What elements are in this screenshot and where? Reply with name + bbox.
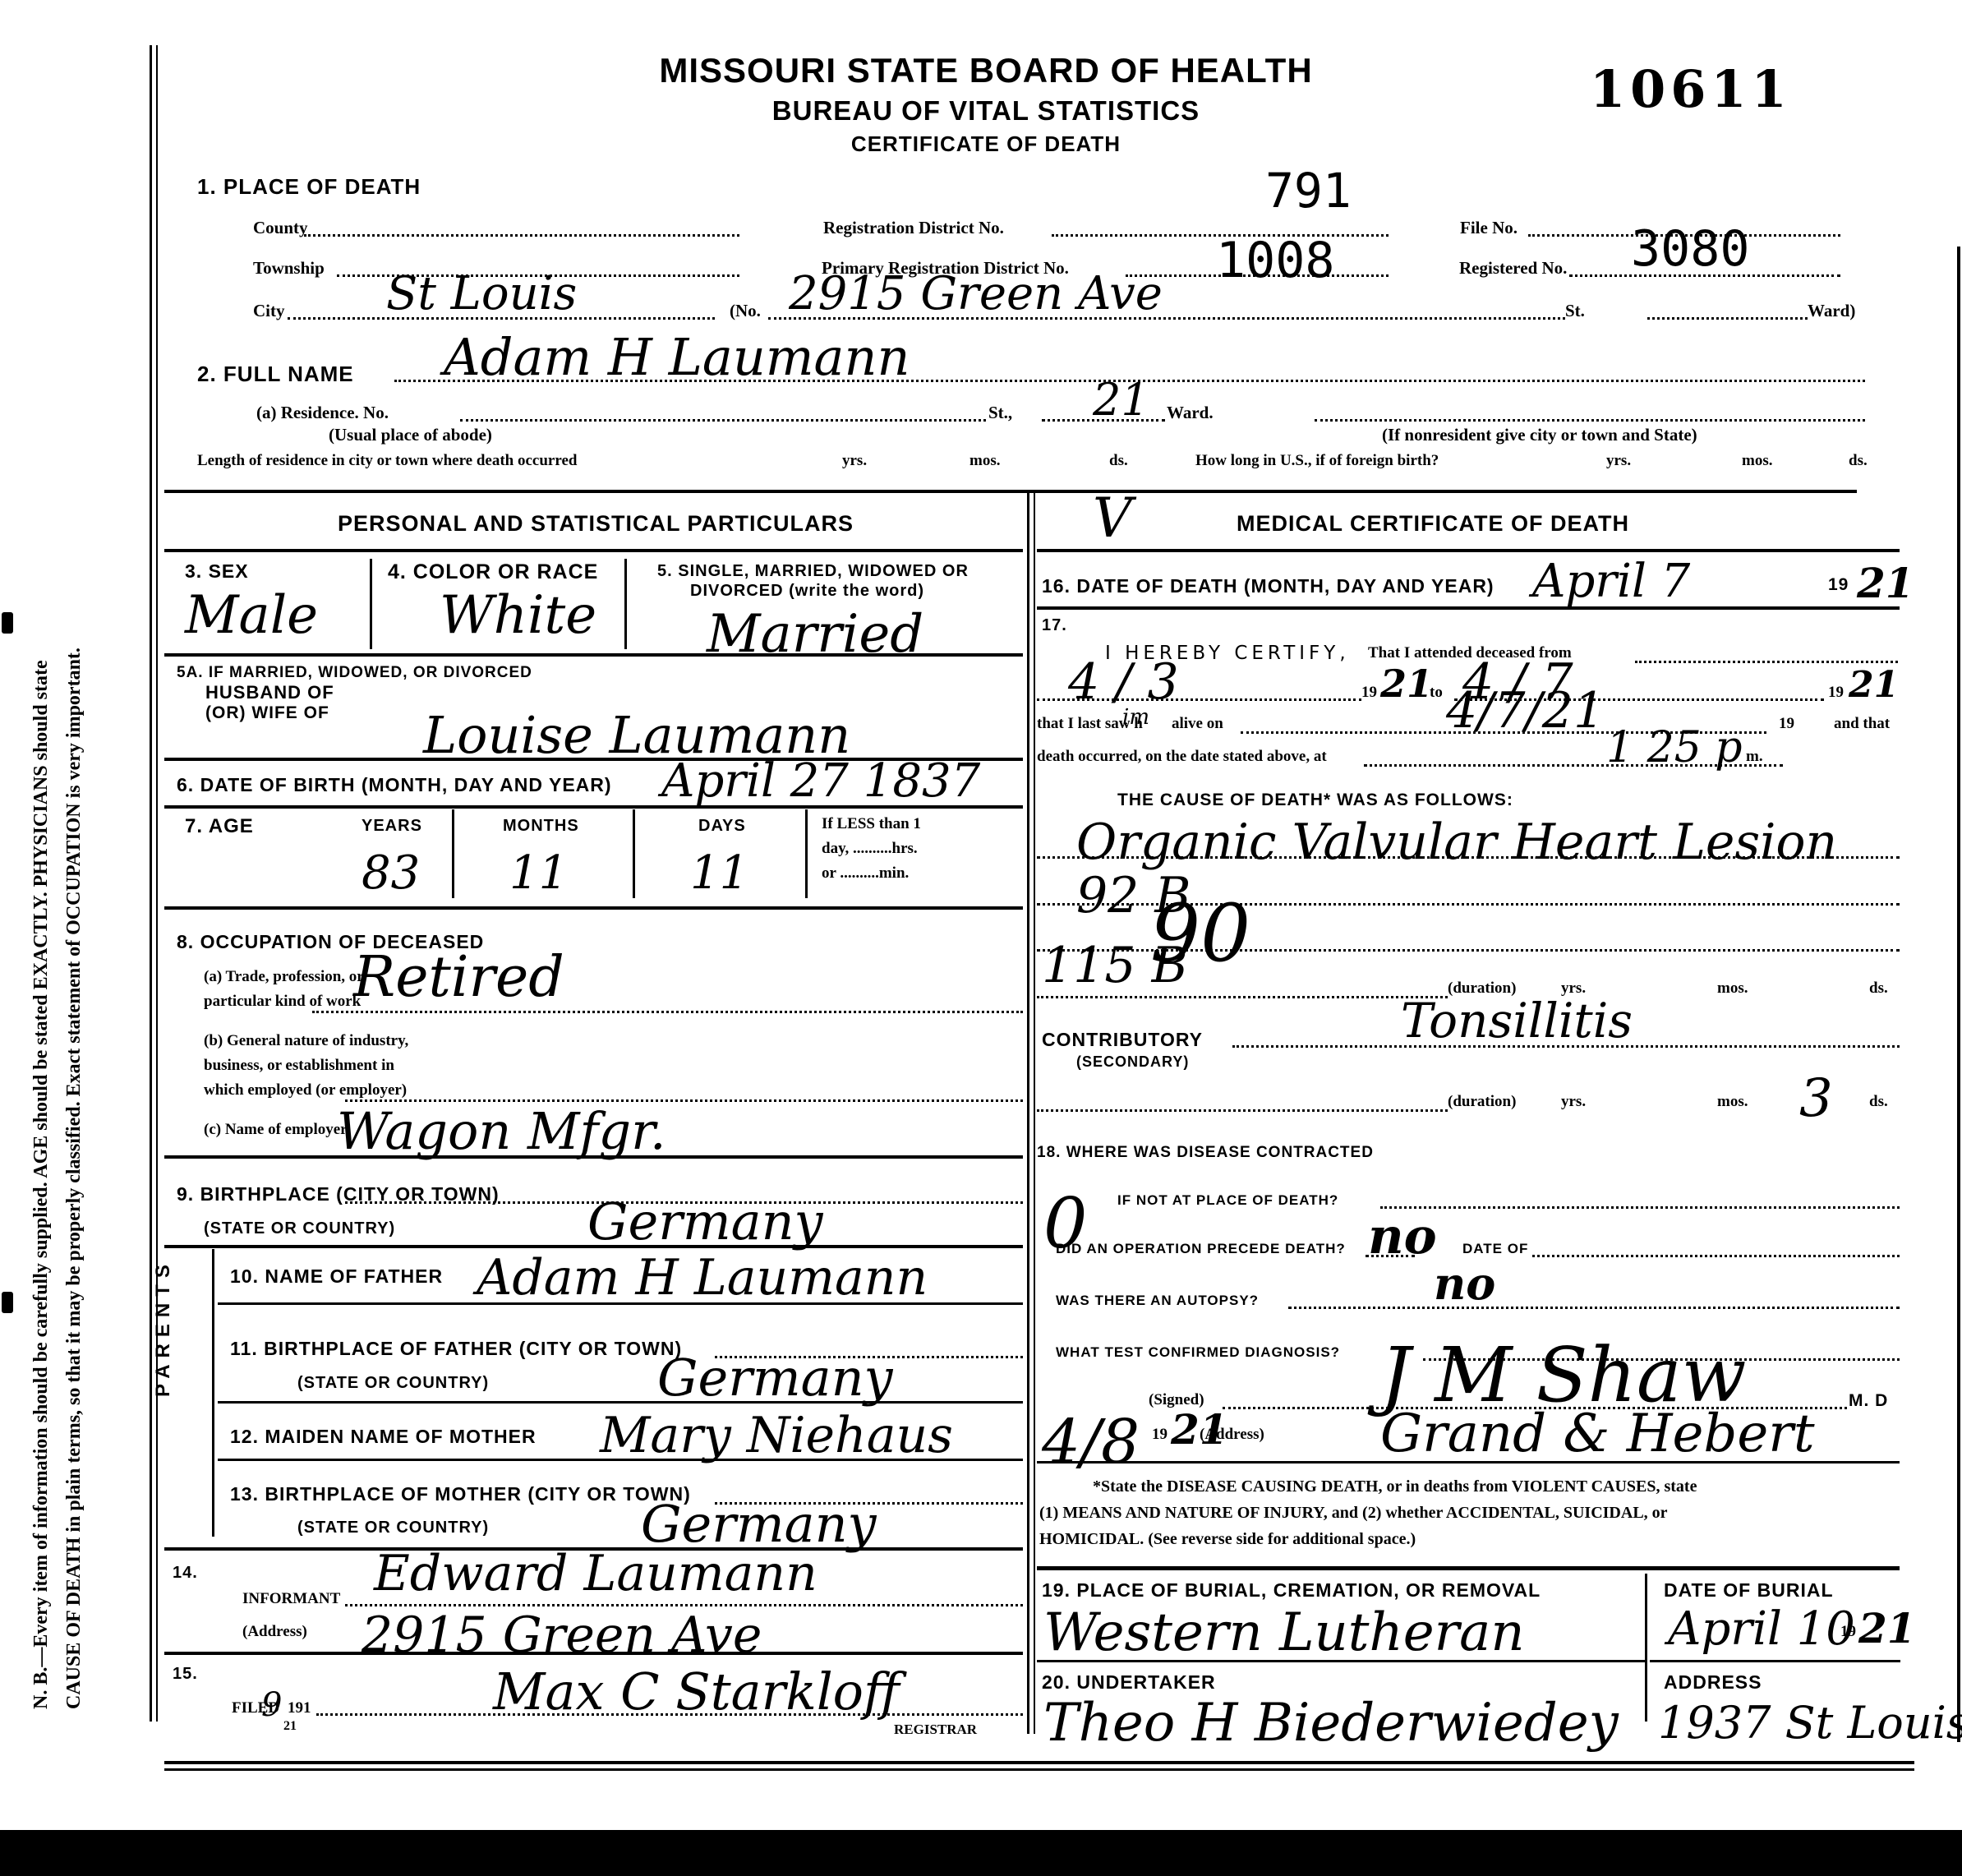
length-ds: ds. [1109, 452, 1128, 470]
contributory-duration-value[interactable]: 3 [1799, 1068, 1833, 1129]
autopsy-value[interactable]: no [1434, 1257, 1495, 1310]
how-long-us-label: How long in U.S., if of foreign birth? [1195, 452, 1439, 470]
divider [164, 805, 1023, 809]
burial-year[interactable]: 21 [1858, 1604, 1916, 1652]
footnote-2: (1) MEANS AND NATURE OF INJURY, and (2) … [1039, 1504, 1668, 1523]
residence-ward-value: 21 [1093, 374, 1149, 426]
burial-place-value[interactable]: Western Lutheran [1043, 1602, 1525, 1663]
form-name: CERTIFICATE OF DEATH [575, 131, 1397, 157]
divider [218, 1459, 1023, 1461]
operation-date-field[interactable] [1532, 1255, 1900, 1257]
column-divider [1027, 493, 1029, 1734]
age-less-label: If LESS than 1 [822, 815, 921, 833]
mother-name-label: 12. MAIDEN NAME OF MOTHER [230, 1426, 537, 1448]
place-of-death-heading: 1. PLACE OF DEATH [197, 174, 421, 200]
md-label: M. D [1849, 1391, 1888, 1411]
employer-value[interactable]: Wagon Mfgr. [337, 1101, 666, 1161]
spouse-label-2: HUSBAND OF [205, 682, 334, 703]
secondary-label: (SECONDARY) [1076, 1053, 1189, 1071]
contributory-mos: mos. [1717, 1093, 1748, 1111]
cause-annotation-2: 115 B [1042, 937, 1188, 994]
st-label: St. [1565, 301, 1585, 321]
marital-label-2: DIVORCED (write the word) [690, 582, 924, 601]
divider [1645, 1574, 1647, 1722]
nonresident-note: (If nonresident give city or town and St… [1382, 425, 1697, 445]
registered-no-label: Registered No. [1459, 258, 1567, 279]
signed-date[interactable]: 4/8 [1042, 1407, 1140, 1477]
divider [218, 1302, 1023, 1305]
county-label: County [253, 218, 308, 238]
filed-number: 15. [173, 1665, 198, 1684]
filed-value[interactable]: 9 [261, 1686, 282, 1724]
age-years-label: YEARS [362, 817, 422, 836]
age-days-label: DAYS [698, 817, 746, 836]
age-hours-label: day, ..........hrs. [822, 840, 918, 858]
informant-number: 14. [173, 1564, 198, 1583]
cause-ds: ds. [1869, 979, 1888, 998]
punch-mark [2, 612, 13, 634]
form-subtitle: BUREAU OF VITAL STATISTICS [575, 95, 1397, 127]
sex-value[interactable]: Male [185, 585, 318, 646]
industry-label: (b) General nature of industry, [204, 1032, 408, 1050]
not-at-place-label: IF NOT AT PLACE OF DEATH? [1117, 1192, 1338, 1209]
street-no-label: (No. [730, 301, 761, 321]
divider [1037, 1566, 1900, 1570]
race-label: 4. COLOR OR RACE [388, 560, 598, 584]
primary-reg-district-value: 1008 [1216, 232, 1335, 289]
undertaker-value[interactable]: Theo H Biederwiedey [1043, 1693, 1619, 1754]
sex-label: 3. SEX [185, 560, 249, 583]
spouse-label: 5A. IF MARRIED, WIDOWED, OR DIVORCED [177, 664, 532, 682]
operation-value[interactable]: no [1368, 1208, 1437, 1265]
residence-ward-label: Ward. [1167, 403, 1214, 423]
burial-year-prefix: 19 [1840, 1623, 1856, 1641]
footnote-1: *State the DISEASE CAUSING DEATH, or in … [1093, 1477, 1697, 1496]
parents-bracket [212, 1249, 214, 1537]
divider [452, 809, 454, 898]
residence-label: (a) Residence. No. [256, 403, 389, 423]
filed-year-prefix: 191 [288, 1699, 311, 1717]
contributory-ds: ds. [1869, 1093, 1888, 1111]
father-state-label: (STATE OR COUNTRY) [297, 1374, 489, 1393]
time-suffix: m. [1746, 748, 1763, 766]
dod-year-prefix: 19 [1828, 575, 1849, 595]
informant-address-label: (Address) [242, 1623, 307, 1641]
alive-on-value[interactable]: 4/7/21 [1446, 682, 1605, 740]
industry-label-2: business, or establishment in [204, 1057, 394, 1075]
test-label: WHAT TEST CONFIRMED DIAGNOSIS? [1056, 1344, 1340, 1361]
bottom-border [164, 1761, 1914, 1764]
divider [164, 1652, 1023, 1655]
birthplace-value[interactable]: Germany [587, 1192, 823, 1251]
burial-place-label: 19. PLACE OF BURIAL, CREMATION, OR REMOV… [1042, 1579, 1541, 1602]
trade-field[interactable] [312, 1011, 1023, 1013]
mother-name-value[interactable]: Mary Niehaus [600, 1407, 953, 1464]
right-border [1957, 247, 1960, 1742]
divider [624, 559, 627, 649]
death-occurred-label: death occurred, on the date stated above… [1037, 748, 1327, 766]
mother-birthplace-label: 13. BIRTHPLACE OF MOTHER (CITY OR TOWN) [230, 1483, 691, 1505]
father-birthplace-label: 11. BIRTHPLACE OF FATHER (CITY OR TOWN) [230, 1338, 682, 1360]
divider [164, 653, 1023, 657]
age-months-value[interactable]: 11 [509, 846, 568, 900]
physician-address[interactable]: Grand & Hebert [1380, 1404, 1815, 1464]
contributory-label: CONTRIBUTORY [1042, 1029, 1203, 1051]
informant-label: INFORMANT [242, 1590, 340, 1608]
cause-duration-field[interactable] [1037, 996, 1448, 998]
dod-value[interactable]: April 7 [1532, 555, 1690, 608]
age-months-label: MONTHS [503, 817, 579, 836]
bottom-border-inner [164, 1768, 1914, 1771]
street-value: 2915 Green Ave [789, 267, 1163, 320]
dod-label: 16. DATE OF DEATH (MONTH, DAY AND YEAR) [1042, 575, 1495, 597]
race-value[interactable]: White [440, 585, 596, 646]
attended-from-year-prefix: 19 [1361, 684, 1377, 702]
divider [1037, 1461, 1900, 1463]
burial-date-value[interactable]: April 10 [1668, 1602, 1855, 1656]
attended-from-value[interactable]: 4 / 3 [1068, 653, 1179, 711]
autopsy-label: WAS THERE AN AUTOPSY? [1056, 1293, 1259, 1309]
address-label: (Address) [1200, 1426, 1264, 1444]
attended-from-field[interactable] [1635, 661, 1898, 663]
spouse-label-3: (OR) WIFE OF [205, 703, 329, 723]
dob-value[interactable]: April 27 1837 [661, 754, 980, 808]
employer-label: (c) Name of employer [204, 1121, 348, 1139]
trade-label: (a) Trade, profession, or [204, 968, 364, 986]
file-no-label: File No. [1460, 218, 1518, 238]
divider [1037, 1660, 1645, 1662]
mother-state-label: (STATE OR COUNTRY) [297, 1519, 489, 1537]
form-title: MISSOURI STATE BOARD OF HEALTH [575, 51, 1397, 90]
attended-to-year[interactable]: 21 [1849, 664, 1899, 706]
age-label: 7. AGE [185, 815, 254, 838]
attended-from-year[interactable]: 21 [1380, 661, 1433, 706]
burial-date-label: DATE OF BURIAL [1664, 1579, 1834, 1602]
city-label: City [253, 301, 285, 321]
left-border-inner [156, 45, 158, 1722]
ward-label: Ward) [1808, 301, 1855, 321]
footnote-3: HOMICIDAL. (See reverse side for additio… [1039, 1530, 1416, 1549]
full-name-label: 2. FULL NAME [197, 362, 354, 387]
divider [370, 559, 372, 649]
operation-label: DID AN OPERATION PRECEDE DEATH? [1056, 1241, 1346, 1257]
certificate-number: 10611 [1590, 59, 1792, 119]
registrar-label: REGISTRAR [894, 1722, 977, 1738]
city-value: St Louis [386, 267, 577, 320]
contracted-label: 18. WHERE WAS DISEASE CONTRACTED [1037, 1144, 1374, 1162]
undertaker-label: 20. UNDERTAKER [1042, 1671, 1216, 1694]
filed-year-suffix: 21 [283, 1719, 297, 1734]
signed-year-prefix: 19 [1152, 1426, 1168, 1444]
registered-no-value: 3080 [1631, 220, 1750, 278]
informant-address-value[interactable]: 2915 Green Ave [362, 1606, 762, 1664]
nonresident-field[interactable] [1315, 419, 1865, 422]
trade-value[interactable]: Retired [353, 945, 564, 1010]
residence-st-label: St., [988, 403, 1012, 423]
alive-on-label: alive on [1172, 715, 1223, 733]
abode-note: (Usual place of abode) [329, 425, 492, 445]
cause-value[interactable]: Organic Valvular Heart Lesion [1076, 814, 1837, 871]
check-mark: V [1093, 486, 1132, 550]
last-saw-him[interactable]: im [1122, 705, 1149, 730]
age-minutes-label: or ..........min. [822, 864, 909, 883]
divider [1650, 1660, 1900, 1662]
personal-heading: PERSONAL AND STATISTICAL PARTICULARS [164, 511, 1027, 537]
side-instructions: N. B.—Every item of information should b… [25, 148, 90, 1709]
section-divider [164, 490, 1857, 493]
length-mos: mos. [969, 452, 1000, 470]
alive-year-prefix: 19 [1779, 715, 1794, 733]
dob-label: 6. DATE OF BIRTH (MONTH, DAY AND YEAR) [177, 774, 612, 796]
us-ds: ds. [1849, 452, 1868, 470]
us-mos: mos. [1742, 452, 1772, 470]
cause-mos: mos. [1717, 979, 1748, 998]
industry-label-3: which employed (or employer) [204, 1081, 407, 1099]
dod-year-value[interactable]: 21 [1857, 559, 1914, 607]
reg-district-value: 791 [1265, 163, 1352, 219]
county-field[interactable] [304, 234, 739, 237]
residence-no-field[interactable] [460, 419, 986, 422]
side-instructions-line2: CAUSE OF DEATH in plain terms, so that i… [58, 148, 90, 1709]
column-divider-inner [1034, 493, 1035, 1734]
father-birthplace-value[interactable]: Germany [657, 1348, 893, 1408]
undertaker-address-label: ADDRESS [1664, 1671, 1762, 1694]
divider [805, 809, 808, 898]
side-instructions-line1: N. B.—Every item of information should b… [25, 148, 58, 1709]
divider [633, 809, 635, 898]
divider [1037, 606, 1900, 610]
township-label: Township [253, 258, 325, 279]
informant-value[interactable]: Edward Laumann [374, 1545, 817, 1602]
death-time-value[interactable]: 1 25 p [1606, 723, 1743, 772]
registrar-signature[interactable]: Max C Starkloff [493, 1662, 900, 1722]
divider [164, 906, 1023, 910]
punch-mark [2, 1292, 13, 1313]
ward-field[interactable] [1647, 317, 1808, 320]
autopsy-field[interactable] [1288, 1307, 1900, 1309]
medical-heading: MEDICAL CERTIFICATE OF DEATH [1237, 511, 1629, 537]
divider [218, 1401, 1023, 1404]
parents-label: PARENTS [152, 1258, 175, 1397]
full-name-value: Adam H Laumann [444, 327, 910, 387]
length-yrs: yrs. [842, 452, 867, 470]
length-residence-label: Length of residence in city or town wher… [197, 452, 577, 470]
cert-number: 17. [1042, 616, 1067, 635]
age-years-value[interactable]: 83 [362, 846, 420, 900]
age-days-value[interactable]: 11 [690, 846, 748, 900]
contributory-duration-label: (duration) [1448, 1093, 1516, 1111]
trade-label-2: particular kind of work [204, 993, 361, 1011]
and-that-label: and that [1834, 715, 1890, 733]
divider [164, 1155, 1023, 1159]
undertaker-address-value[interactable]: 1937 St Louis Av [1658, 1697, 1962, 1749]
divider [1037, 549, 1900, 552]
father-name-value[interactable]: Adam H Laumann [477, 1249, 928, 1307]
contributory-duration-field[interactable] [1037, 1109, 1448, 1112]
marital-label: 5. SINGLE, MARRIED, WIDOWED OR [657, 562, 969, 581]
date-of-label: DATE OF [1462, 1241, 1528, 1257]
contributory-value[interactable]: Tonsillitis [1401, 993, 1633, 1049]
reg-district-label: Registration District No. [823, 218, 1004, 238]
contributory-yrs: yrs. [1561, 1093, 1586, 1111]
divider [164, 549, 1023, 552]
not-at-place-field[interactable] [1380, 1206, 1900, 1209]
attended-to-year-prefix: 19 [1828, 684, 1844, 702]
cause-label: THE CAUSE OF DEATH* WAS AS FOLLOWS: [1117, 791, 1513, 810]
divider [164, 1245, 1023, 1248]
us-yrs: yrs. [1606, 452, 1631, 470]
death-certificate-page: N. B.—Every item of information should b… [0, 0, 1962, 1830]
birthplace-state-label: (STATE OR COUNTRY) [204, 1219, 395, 1238]
left-border [150, 45, 152, 1722]
to-label: to [1430, 684, 1443, 702]
father-name-label: 10. NAME OF FATHER [230, 1265, 443, 1288]
